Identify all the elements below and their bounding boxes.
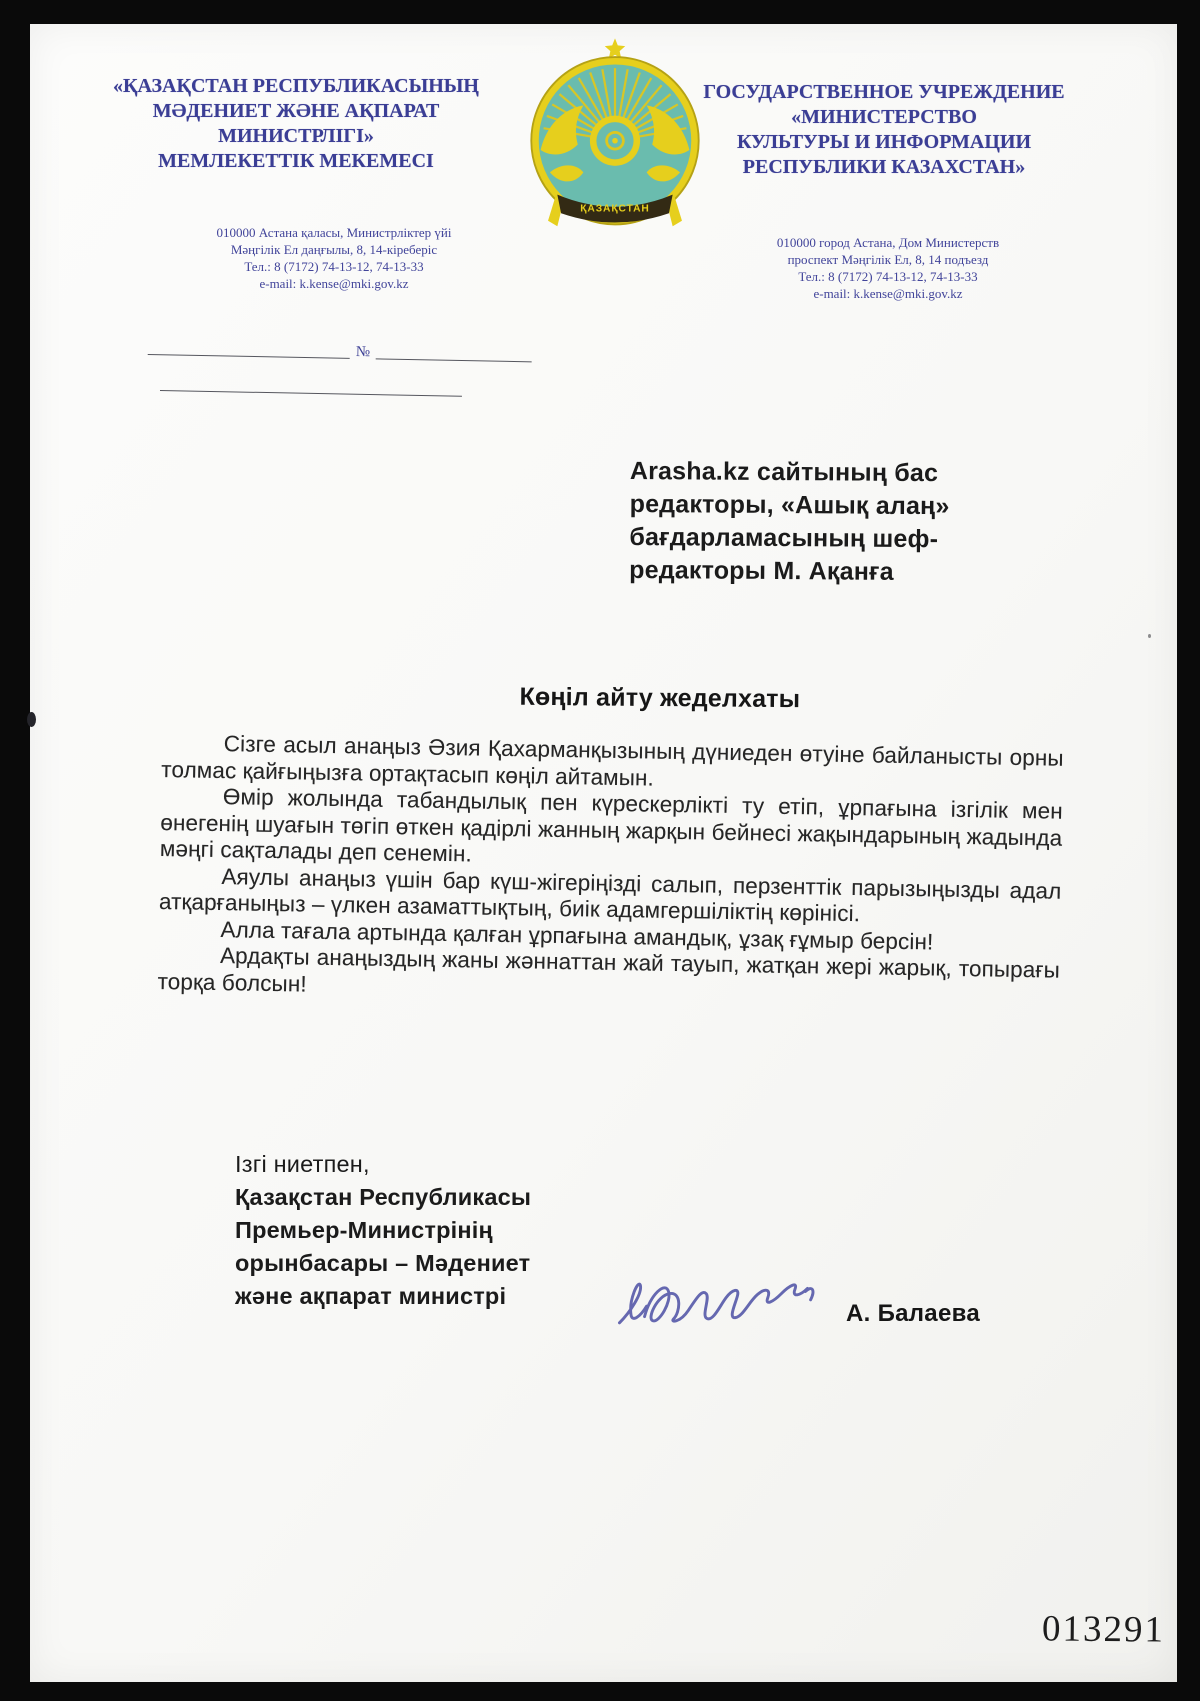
address-kk-line: e-mail: k.kense@mki.gov.kz [148, 275, 520, 292]
signature-scrawl-icon [608, 1256, 844, 1348]
number-sign: № [350, 345, 377, 360]
recipient-line: редакторы М. Ақанға [629, 554, 1009, 590]
address-block-ru: 010000 город Астана, Дом Министерств про… [702, 234, 1074, 302]
address-block-kk: 010000 Астана қаласы, Министрліктер үйі … [148, 224, 520, 292]
signer-title-line: Премьер-Министрінің [235, 1214, 655, 1247]
signer-name: А. Балаева [846, 1300, 980, 1328]
org-name-kk-line: МӘДЕНИЕТ ЖӘНЕ АҚПАРАТ [80, 99, 512, 124]
paragraph: Өмір жолында табандылық пен күрескерлікт… [160, 783, 1063, 878]
recipient-line: бағдарламасының шеф- [629, 521, 1009, 557]
signature-block: Ізгі ниетпен, Қазақстан Республикасы Пре… [235, 1148, 655, 1313]
signer-title-line: Қазақстан Республикасы [235, 1181, 655, 1214]
letterhead-org-name-kk: «ҚАЗАҚСТАН РЕСПУБЛИКАСЫНЫҢ МӘДЕНИЕТ ЖӘНЕ… [80, 74, 512, 174]
recipient-line: редакторы, «Ашық алаң» [630, 488, 1010, 524]
address-kk-line: 010000 Астана қаласы, Министрліктер үйі [148, 224, 520, 241]
scan-speck [27, 712, 36, 727]
letterhead-org-name-ru: ГОСУДАРСТВЕННОЕ УЧРЕЖДЕНИЕ «МИНИСТЕРСТВО… [656, 80, 1112, 180]
reply-blank-line [160, 390, 462, 397]
address-ru-line: проспект Мәңгілік Ел, 8, 14 подъезд [702, 251, 1074, 268]
org-name-ru-line: «МИНИСТЕРСТВО [656, 105, 1112, 130]
letter-body: Сізге асыл анаңыз Әзия Қахарманқызының д… [157, 730, 1063, 1011]
ref-number-row: № [148, 340, 532, 362]
org-name-ru-line: ГОСУДАРСТВЕННОЕ УЧРЕЖДЕНИЕ [656, 80, 1112, 105]
date-blank-line [148, 340, 350, 359]
address-kk-line: Тел.: 8 (7172) 74-13-12, 74-13-33 [148, 258, 520, 275]
signer-title-line: орынбасары – Мәдениет [235, 1247, 655, 1280]
org-name-kk-line: МИНИСТРЛІГІ» [80, 124, 512, 149]
org-name-kk-line: «ҚАЗАҚСТАН РЕСПУБЛИКАСЫНЫҢ [80, 74, 512, 99]
closing-line: Ізгі ниетпен, [235, 1148, 655, 1181]
recipient-block: Arasha.kz сайтының бас редакторы, «Ашық … [629, 455, 1010, 590]
address-kk-line: Мәңгілік Ел даңғылы, 8, 14-кіреберіс [148, 241, 520, 258]
recipient-line: Arasha.kz сайтының бас [630, 455, 1010, 491]
address-ru-line: 010000 город Астана, Дом Министерств [702, 234, 1074, 251]
letter-title: Көңіл айту жеделхаты [350, 681, 970, 715]
address-ru-line: Тел.: 8 (7172) 74-13-12, 74-13-33 [702, 268, 1074, 285]
org-name-kk-line: МЕМЛЕКЕТТІК МЕКЕМЕСІ [80, 149, 512, 174]
number-blank-line [376, 344, 532, 362]
emblem-banner-label: ҚАЗАҚСТАН [580, 203, 650, 214]
signer-title-line: және ақпарат министрі [235, 1280, 655, 1313]
org-name-ru-line: КУЛЬТУРЫ И ИНФОРМАЦИИ [656, 130, 1112, 155]
address-ru-line: e-mail: k.kense@mki.gov.kz [702, 285, 1074, 302]
scan-speck [1148, 634, 1151, 638]
org-name-ru-line: РЕСПУБЛИКИ КАЗАХСТАН» [656, 155, 1112, 180]
scanned-letter-page: «ҚАЗАҚСТАН РЕСПУБЛИКАСЫНЫҢ МӘДЕНИЕТ ЖӘНЕ… [30, 24, 1177, 1682]
serial-number: 013291 [1042, 1607, 1165, 1651]
